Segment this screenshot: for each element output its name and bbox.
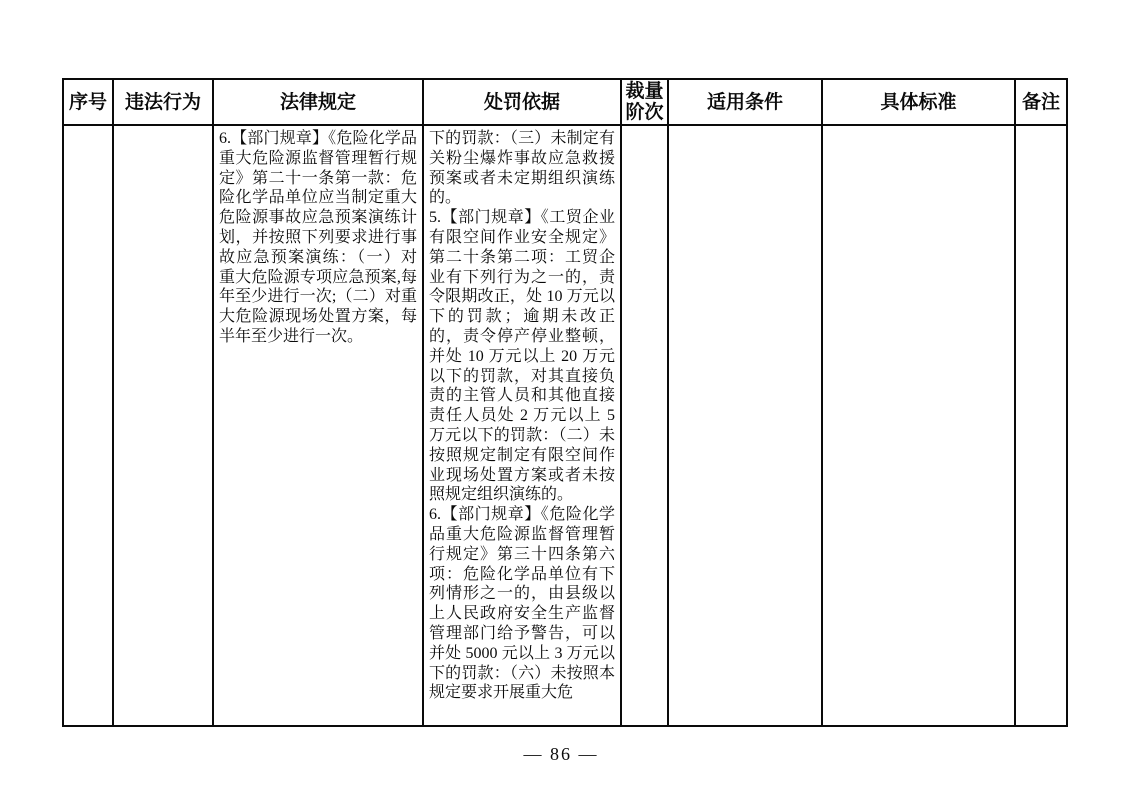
cell-beizhu [1015, 125, 1067, 726]
cell-falvguiding-content: 6.【部门规章】《危险化学品重大危险源监督管理暂行规定》第二十一条第一款：危险化… [214, 126, 422, 725]
cell-xuhao [63, 125, 113, 726]
cell-weifaxingwei [113, 125, 213, 726]
penalty-discretion-table: 序号 违法行为 法律规定 处罚依据 裁量阶次 适用条件 具体标准 备注 [62, 78, 1068, 727]
cell-xuhao-content [64, 126, 112, 725]
legal-provision-paragraph: 6.【部门规章】《危险化学品重大危险源监督管理暂行规定》第二十一条第一款：危险化… [219, 129, 417, 347]
table-row: 6.【部门规章】《危险化学品重大危险源监督管理暂行规定》第二十一条第一款：危险化… [63, 125, 1067, 726]
col-header-weifaxingwei: 违法行为 [113, 79, 213, 125]
cell-chufayiju-content: 下的罚款：（三）未制定有关粉尘爆炸事故应急救援预案或者未定期组织演练的。 5.【… [424, 126, 620, 725]
col-header-xuhao: 序号 [63, 79, 113, 125]
col-header-shiyongtiaojian: 适用条件 [668, 79, 822, 125]
cell-falvguiding: 6.【部门规章】《危险化学品重大危险源监督管理暂行规定》第二十一条第一款：危险化… [213, 125, 423, 726]
cell-shiyongtiaojian-content [669, 126, 821, 725]
col-header-cailiangjieci: 裁量阶次 [621, 79, 668, 125]
col-header-jutibiaozhun: 具体标准 [822, 79, 1015, 125]
page-number: — 86 — [0, 744, 1122, 765]
cell-weifaxingwei-content [114, 126, 212, 725]
cell-shiyongtiaojian [668, 125, 822, 726]
document-page: 序号 违法行为 法律规定 处罚依据 裁量阶次 适用条件 具体标准 备注 [0, 0, 1122, 793]
penalty-basis-paragraph: 下的罚款：（三）未制定有关粉尘爆炸事故应急救援预案或者未定期组织演练的。 [429, 129, 615, 208]
cell-beizhu-content [1016, 126, 1066, 725]
cell-cailiangjieci [621, 125, 668, 726]
penalty-basis-paragraph: 6.【部门规章】《危险化学品重大危险源监督管理暂行规定》第三十四条第六项：危险化… [429, 505, 615, 703]
col-header-falvguiding: 法律规定 [213, 79, 423, 125]
cell-jutibiaozhun [822, 125, 1015, 726]
penalty-basis-paragraph: 5.【部门规章】《工贸企业有限空间作业安全规定》第二十条第二项：工贸企业有下列行… [429, 208, 615, 505]
cell-jutibiaozhun-content [823, 126, 1014, 725]
cell-chufayiju: 下的罚款：（三）未制定有关粉尘爆炸事故应急救援预案或者未定期组织演练的。 5.【… [423, 125, 621, 726]
cell-cailiangjieci-content [622, 126, 667, 725]
col-header-chufayiju: 处罚依据 [423, 79, 621, 125]
table-header-row: 序号 违法行为 法律规定 处罚依据 裁量阶次 适用条件 具体标准 备注 [63, 79, 1067, 125]
col-header-beizhu: 备注 [1015, 79, 1067, 125]
